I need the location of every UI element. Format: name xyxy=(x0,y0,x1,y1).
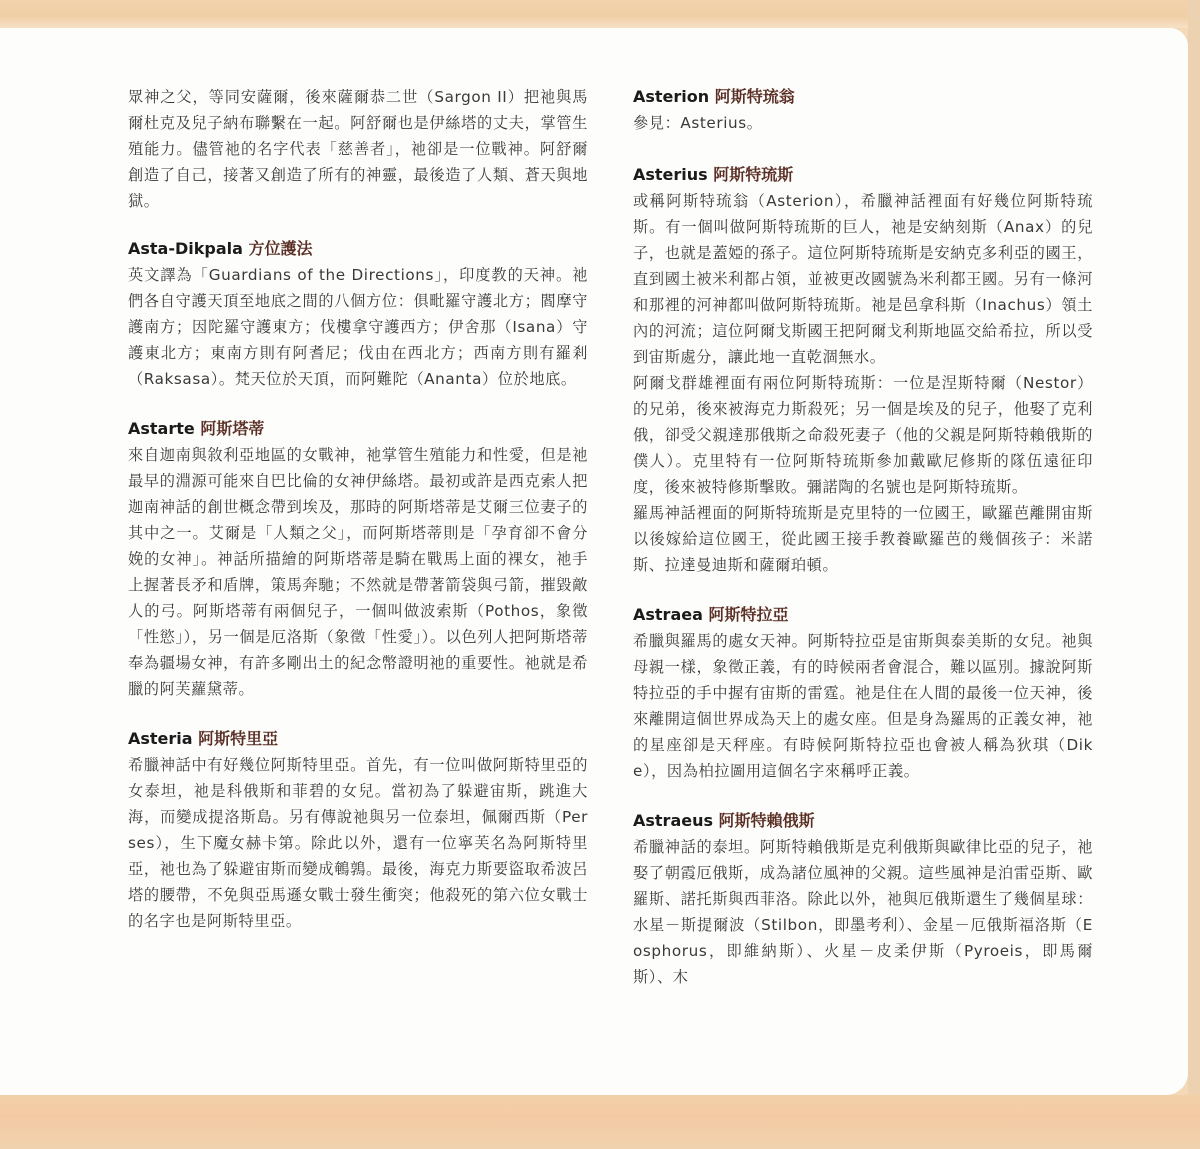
entry-title-zh: 阿斯特拉亞 xyxy=(708,605,788,624)
entry-paragraph: 希臘神話的泰坦。阿斯特賴俄斯是克利俄斯與歐律比亞的兒子，祂娶了朝霞厄俄斯，成為諸… xyxy=(633,834,1093,990)
book-page: 眾神之父，等同安薩爾，後來薩爾恭二世（Sargon II）把祂與馬爾杜克及兒子納… xyxy=(0,28,1188,1095)
scan-border-bottom xyxy=(0,1095,1200,1149)
entry-title: Astraeus 阿斯特賴俄斯 xyxy=(633,808,1093,834)
entry-paragraph: 英文譯為「Guardians of the Directions」，印度教的天神… xyxy=(128,262,588,392)
cross-reference: 參見：Asterius。 xyxy=(633,110,1093,136)
entry-title-zh: 阿斯特琉斯 xyxy=(713,165,793,184)
entry-title-en: Asterion xyxy=(633,87,709,106)
entry-paragraph: 羅馬神話裡面的阿斯特琉斯是克里特的一位國王，歐羅芭離開宙斯以後嫁給這位國王，從此… xyxy=(633,500,1093,578)
entry-title-zh: 阿斯特賴俄斯 xyxy=(719,811,815,830)
entry-title-en: Asteria xyxy=(128,729,193,748)
entry-asterius: Asterius 阿斯特琉斯 或稱阿斯特琉翁（Asterion），希臘神話裡面有… xyxy=(633,162,1093,578)
entry-title: Astarte 阿斯塔蒂 xyxy=(128,416,588,442)
entry-astarte: Astarte 阿斯塔蒂 來自迦南與敘利亞地區的女戰神，祂掌管生殖能力和性愛，但… xyxy=(128,416,588,702)
entry-asteria: Asteria 阿斯特里亞 希臘神話中有好幾位阿斯特里亞。首先，有一位叫做阿斯特… xyxy=(128,726,588,934)
entry-title-zh: 阿斯特里亞 xyxy=(198,729,278,748)
entry-title: Asta-Dikpala 方位護法 xyxy=(128,236,588,262)
entry-title-zh: 方位護法 xyxy=(249,239,313,258)
entry-astraeus: Astraeus 阿斯特賴俄斯 希臘神話的泰坦。阿斯特賴俄斯是克利俄斯與歐律比亞… xyxy=(633,808,1093,990)
entry-paragraph: 希臘與羅馬的處女天神。阿斯特拉亞是宙斯與泰美斯的女兒。祂與母親一樣，象徵正義，有… xyxy=(633,628,1093,784)
entry-title-en: Astarte xyxy=(128,419,195,438)
entry-asta-dikpala: Asta-Dikpala 方位護法 英文譯為「Guardians of the … xyxy=(128,236,588,392)
entry-paragraph: 或稱阿斯特琉翁（Asterion），希臘神話裡面有好幾位阿斯特琉斯。有一個叫做阿… xyxy=(633,188,1093,370)
entry-title: Asterion 阿斯特琉翁 xyxy=(633,84,1093,110)
right-column: Asterion 阿斯特琉翁 參見：Asterius。 Asterius 阿斯特… xyxy=(633,84,1093,1012)
entry-title-zh: 阿斯特琉翁 xyxy=(715,87,795,106)
entry-asterion: Asterion 阿斯特琉翁 參見：Asterius。 xyxy=(633,84,1093,136)
scan-border-right xyxy=(1188,0,1200,1149)
entry-title-zh: 阿斯塔蒂 xyxy=(200,419,264,438)
entry-title-en: Astraeus xyxy=(633,811,713,830)
entry-title: Asteria 阿斯特里亞 xyxy=(128,726,588,752)
entry-title-en: Asta-Dikpala xyxy=(128,239,243,258)
continuation-paragraph: 眾神之父，等同安薩爾，後來薩爾恭二世（Sargon II）把祂與馬爾杜克及兒子納… xyxy=(128,84,588,214)
entry-title: Astraea 阿斯特拉亞 xyxy=(633,602,1093,628)
entry-title-en: Asterius xyxy=(633,165,708,184)
entry-paragraph: 希臘神話中有好幾位阿斯特里亞。首先，有一位叫做阿斯特里亞的女泰坦，祂是科俄斯和菲… xyxy=(128,752,588,934)
entry-title-en: Astraea xyxy=(633,605,703,624)
entry-title: Asterius 阿斯特琉斯 xyxy=(633,162,1093,188)
scan-border-top xyxy=(0,0,1200,28)
entry-paragraph: 來自迦南與敘利亞地區的女戰神，祂掌管生殖能力和性愛，但是祂最早的淵源可能來自巴比… xyxy=(128,442,588,702)
entry-paragraph: 阿爾戈群雄裡面有兩位阿斯特琉斯：一位是涅斯特爾（Nestor）的兄弟，後來被海克… xyxy=(633,370,1093,500)
left-column: 眾神之父，等同安薩爾，後來薩爾恭二世（Sargon II）把祂與馬爾杜克及兒子納… xyxy=(128,84,588,956)
entry-astraea: Astraea 阿斯特拉亞 希臘與羅馬的處女天神。阿斯特拉亞是宙斯與泰美斯的女兒… xyxy=(633,602,1093,784)
